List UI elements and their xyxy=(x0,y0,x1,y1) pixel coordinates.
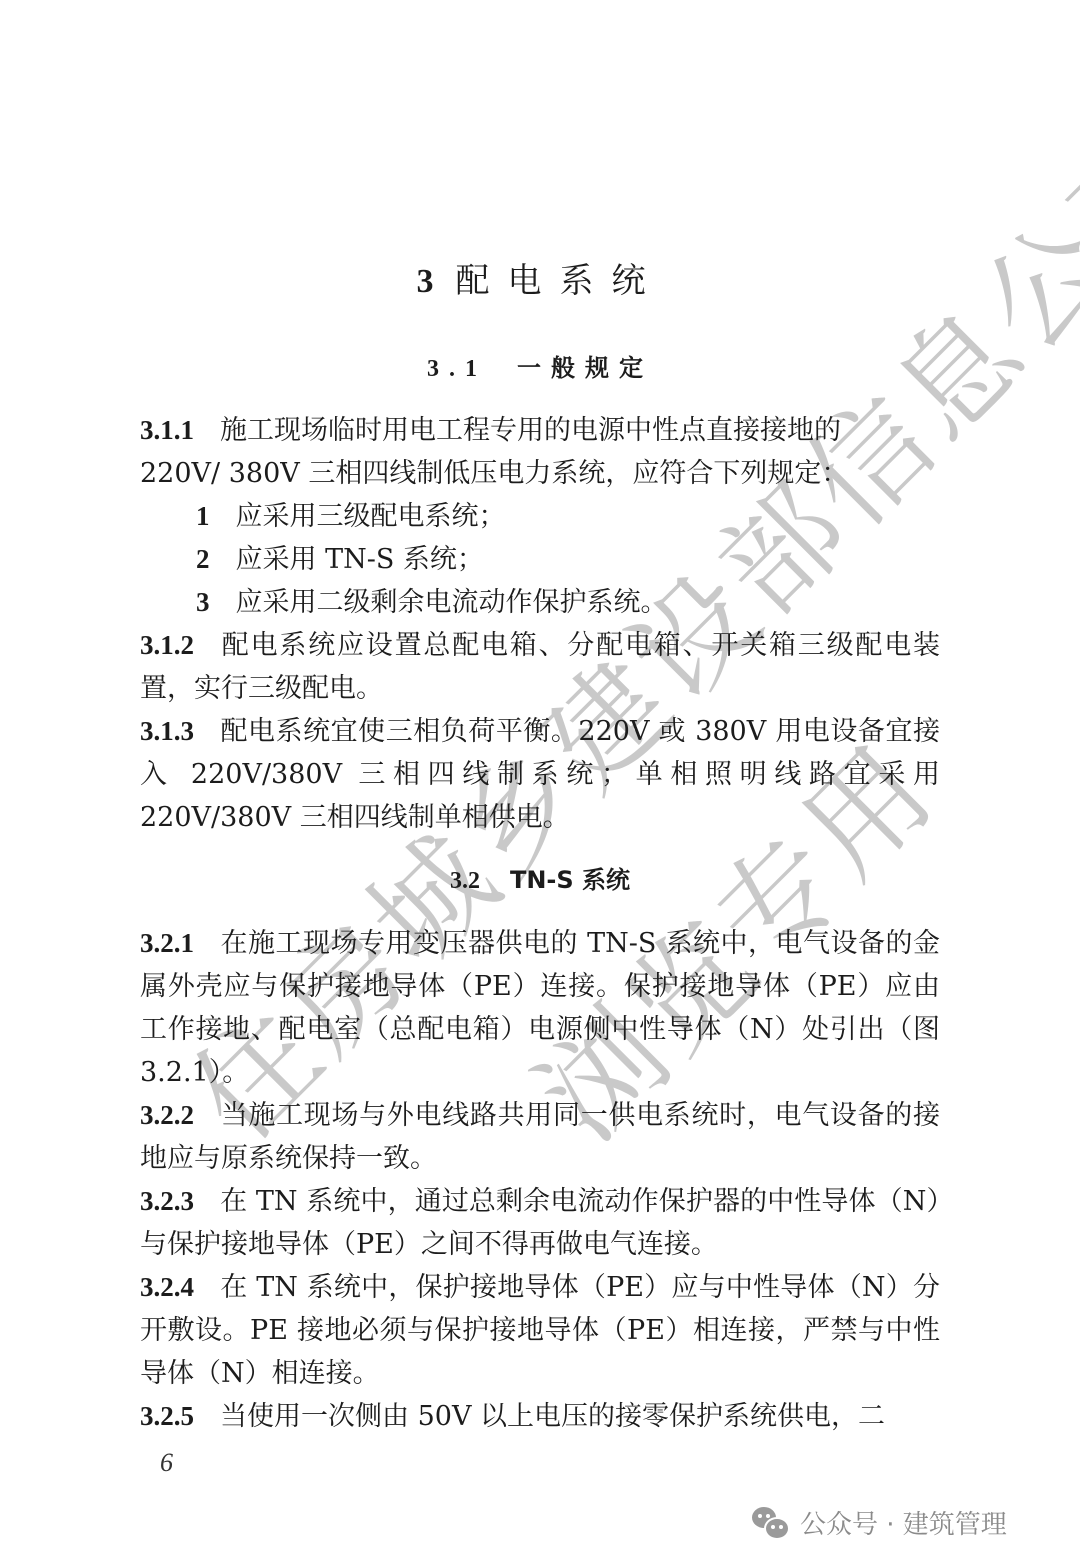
chapter-title-text: 配电系统 xyxy=(456,261,664,301)
section-title-3-2: 3.2TN-S 系统 xyxy=(140,860,940,895)
clause-number: 3.2.1 xyxy=(140,928,194,958)
section-title-text: 一般规定 xyxy=(517,354,653,382)
item-number: 3 xyxy=(196,587,210,617)
clause-3-2-4: 3.2.4在 TN 系统中，保护接地导体（PE）应与中性导体（N）分开敷设。PE… xyxy=(140,1266,940,1395)
clause-text: 220V/ 380V 三相四线制低压电力系统，应符合下列规定： xyxy=(140,458,848,489)
item-number: 2 xyxy=(196,544,210,574)
clause-text: 施工现场临时用电工程专用的电源中性点直接接地的 xyxy=(220,415,841,446)
section-number: 3.1 xyxy=(427,356,487,382)
clause-number: 3.2.3 xyxy=(140,1186,194,1216)
clause-3-1-3: 3.1.3配电系统宜使三相负荷平衡。220V 或 380V 用电设备宜接入 22… xyxy=(140,710,940,839)
clause-number: 3.2.5 xyxy=(140,1401,194,1431)
clause-number: 3.1.3 xyxy=(140,716,194,746)
section-title-text: TN-S 系统 xyxy=(510,866,630,894)
clause-text: 当施工现场与外电线路共用同一供电系统时，电气设备的接地应与原系统保持一致。 xyxy=(140,1100,940,1174)
wechat-account-name: 公众号 · 建筑管理 xyxy=(800,1504,1007,1541)
clause-3-1-2: 3.1.2配电系统应设置总配电箱、分配电箱、开关箱三级配电装置，实行三级配电。 xyxy=(140,624,940,710)
document-page: 住房城乡建设部信息公开 浏览专用 3配电系统 3.1一般规定 3.1.1施工现场… xyxy=(0,0,1080,1564)
clause-3-1-1: 3.1.1施工现场临时用电工程专用的电源中性点直接接地的 xyxy=(140,409,940,452)
list-item-3: 3应采用二级剩余电流动作保护系统。 xyxy=(196,581,668,624)
clause-text: 配电系统宜使三相负荷平衡。220V 或 380V 用电设备宜接入 220V/38… xyxy=(140,716,940,833)
clause-text: 在施工现场专用变压器供电的 TN-S 系统中，电气设备的金属外壳应与保护接地导体… xyxy=(140,928,940,1088)
clause-3-2-1: 3.2.1在施工现场专用变压器供电的 TN-S 系统中，电气设备的金属外壳应与保… xyxy=(140,922,940,1094)
section-number: 3.2 xyxy=(450,868,480,894)
clause-3-1-1-continued: 220V/ 380V 三相四线制低压电力系统，应符合下列规定： xyxy=(140,452,940,495)
clause-number: 3.1.1 xyxy=(140,415,194,445)
item-number: 1 xyxy=(196,501,210,531)
clause-text: 当使用一次侧由 50V 以上电压的接零保护系统供电，二 xyxy=(220,1401,885,1432)
clause-number: 3.2.4 xyxy=(140,1272,194,1302)
list-item-2: 2应采用 TN-S 系统； xyxy=(196,538,484,581)
wechat-icon xyxy=(752,1507,792,1539)
wechat-account-badge: 公众号 · 建筑管理 xyxy=(752,1504,1007,1541)
chapter-title: 3配电系统 xyxy=(140,253,940,302)
clause-number: 3.1.2 xyxy=(140,630,194,660)
clause-text: 在 TN 系统中，保护接地导体（PE）应与中性导体（N）分开敷设。PE 接地必须… xyxy=(140,1272,940,1389)
item-text: 应采用三级配电系统； xyxy=(236,501,506,532)
item-text: 应采用二级剩余电流动作保护系统。 xyxy=(236,587,668,618)
page-number: 6 xyxy=(160,1448,173,1478)
clause-text: 配电系统应设置总配电箱、分配电箱、开关箱三级配电装置，实行三级配电。 xyxy=(140,630,940,704)
chapter-number: 3 xyxy=(417,263,434,300)
list-item-1: 1应采用三级配电系统； xyxy=(196,495,506,538)
item-text: 应采用 TN-S 系统； xyxy=(236,544,484,575)
clause-3-2-3: 3.2.3在 TN 系统中，通过总剩余电流动作保护器的中性导体（N）与保护接地导… xyxy=(140,1180,940,1266)
clause-number: 3.2.2 xyxy=(140,1100,194,1130)
clause-3-2-5: 3.2.5当使用一次侧由 50V 以上电压的接零保护系统供电，二 xyxy=(140,1395,940,1438)
clause-text: 在 TN 系统中，通过总剩余电流动作保护器的中性导体（N）与保护接地导体（PE）… xyxy=(140,1186,940,1260)
section-title-3-1: 3.1一般规定 xyxy=(140,348,940,383)
clause-3-2-2: 3.2.2当施工现场与外电线路共用同一供电系统时，电气设备的接地应与原系统保持一… xyxy=(140,1094,940,1180)
